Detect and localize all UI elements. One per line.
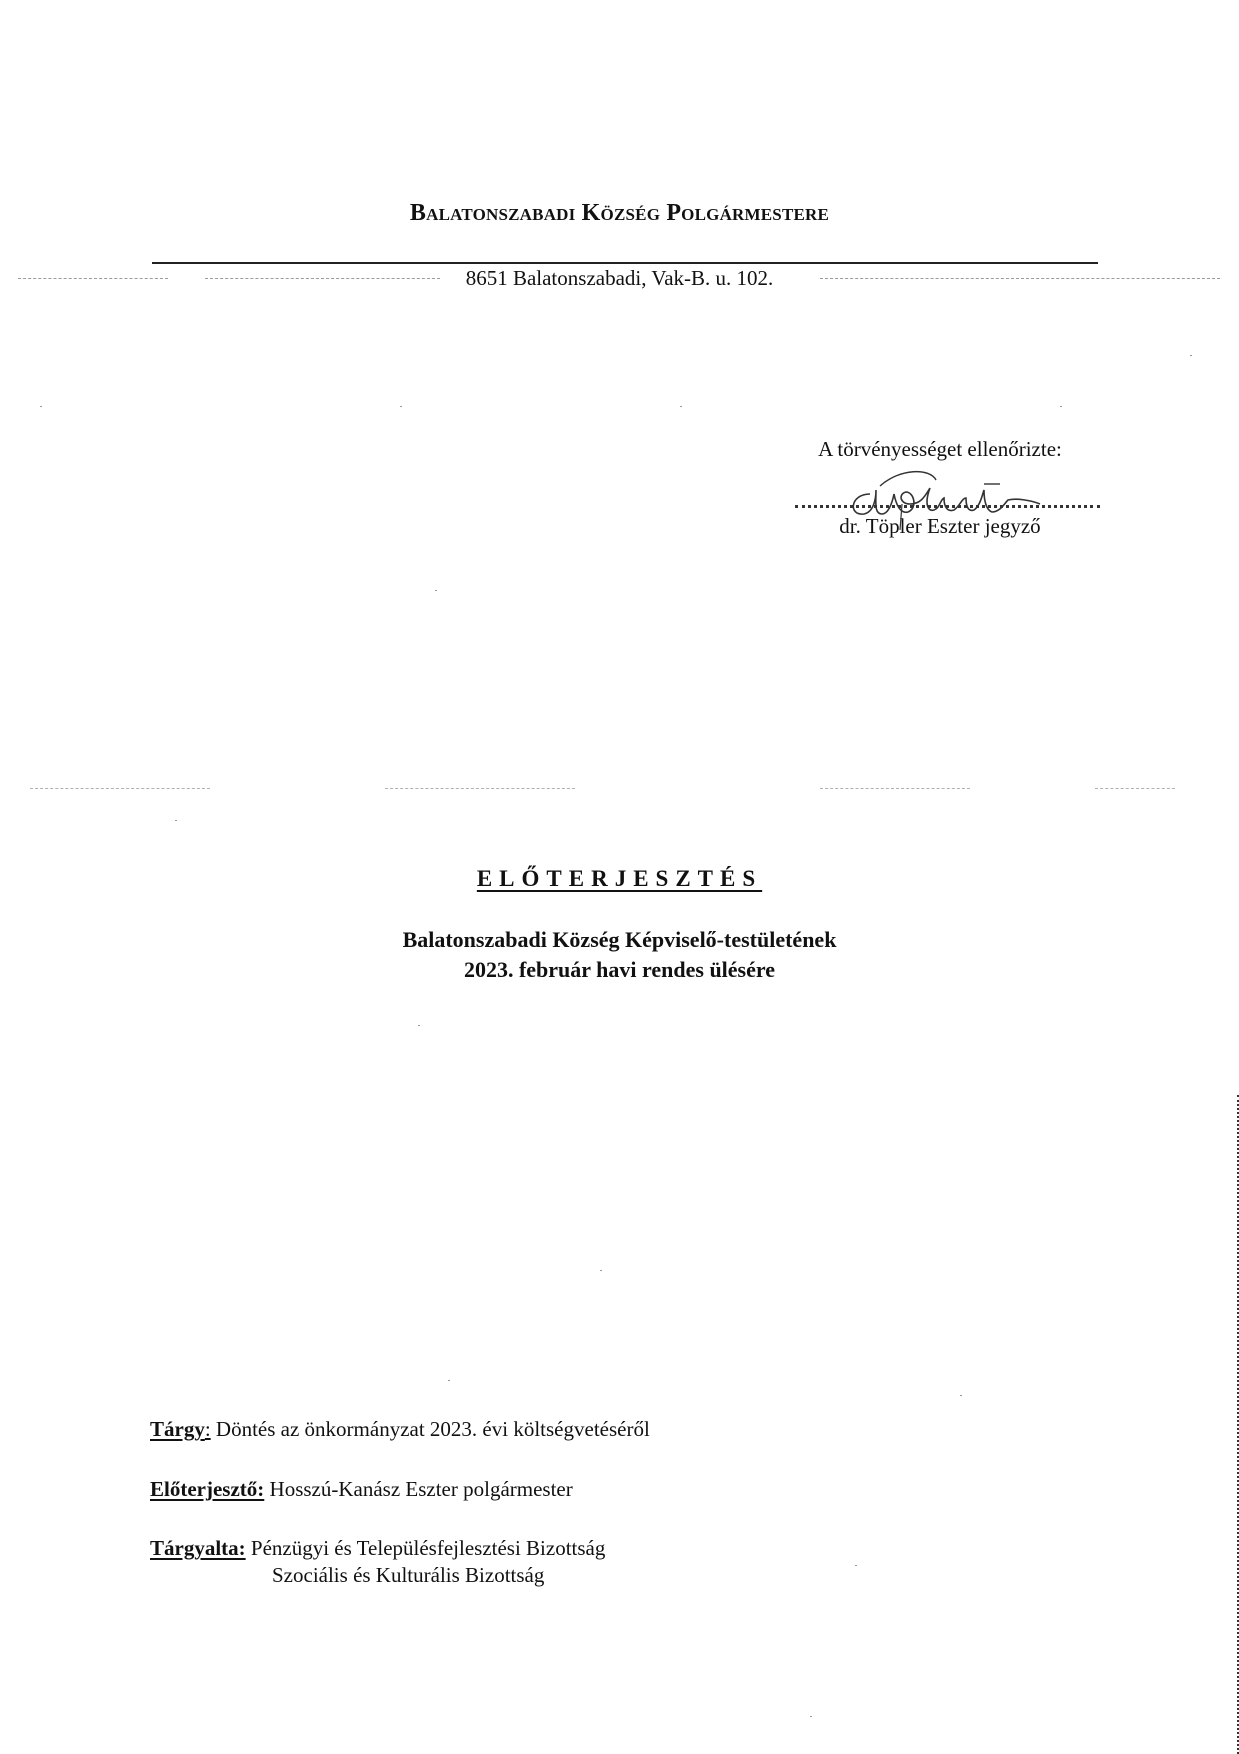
organization-title: Balatonszabadi Község Polgármestere [0,200,1239,227]
presenter-field: Előterjesztő: Hosszú-Kanász Eszter polgá… [150,1475,573,1504]
scan-speck [855,1565,857,1566]
scan-speck [1060,406,1062,407]
discussed-by-value-2: Szociális és Kulturális Bizottság [272,1563,544,1588]
scan-speck [600,1270,602,1271]
presenter-value: Hosszú-Kanász Eszter polgármester [264,1477,572,1501]
document-subtitle: Balatonszabadi Község Képviselő-testület… [0,925,1239,985]
scan-speck [810,1716,812,1717]
scan-speck [175,820,177,821]
subject-value: Döntés az önkormányzat 2023. évi költség… [211,1417,650,1441]
scan-speck [960,1395,962,1396]
presenter-label: Előterjesztő: [150,1477,264,1501]
subject-label: Tárgy [150,1417,205,1441]
scan-speck [448,1380,450,1381]
scan-speck [680,406,682,407]
document-title-text: ELŐTERJESZTÉS [477,866,762,891]
scan-speck [1190,355,1192,356]
discussed-by-value-1: Pénzügyi és Településfejlesztési Bizotts… [246,1536,606,1560]
legality-check-caption: A törvényességet ellenőrizte: [780,437,1100,462]
scan-speck [418,1025,420,1026]
handwritten-signature-icon [840,464,1060,534]
discussed-by-label: Tárgyalta: [150,1536,246,1560]
letterhead-divider [152,262,1098,264]
subtitle-line-2: 2023. február havi rendes ülésére [0,955,1239,985]
scan-artifact-line [30,788,210,789]
signature-line [780,466,1100,512]
document-title: ELŐTERJESZTÉS [0,866,1239,892]
scan-artifact-line [820,788,970,789]
scan-artifact-line [385,788,575,789]
scan-speck [435,590,437,591]
legality-check-block: A törvényességet ellenőrizte: dr. Töpler… [780,437,1100,539]
subject-field: Tárgy: Döntés az önkormányzat 2023. évi … [150,1415,650,1444]
letterhead-address: 8651 Balatonszabadi, Vak-B. u. 102. [0,266,1239,291]
discussed-by-field: Tárgyalta: Pénzügyi és Településfejleszt… [150,1534,605,1563]
scan-speck [400,406,402,407]
scan-artifact-line [1095,788,1175,789]
scan-speck [40,406,42,407]
address-text: 8651 Balatonszabadi, Vak-B. u. 102. [464,266,776,290]
subtitle-line-1: Balatonszabadi Község Képviselő-testület… [0,925,1239,955]
